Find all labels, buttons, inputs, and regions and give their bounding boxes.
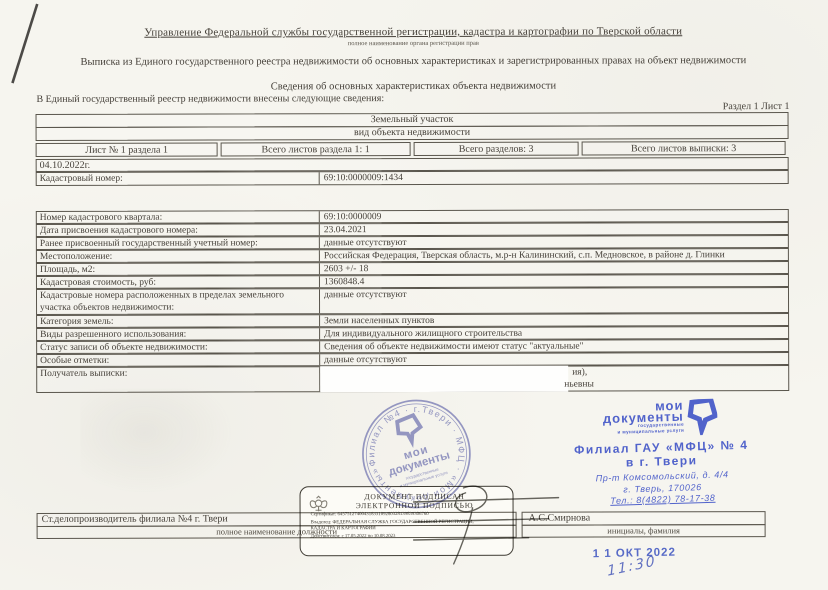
details-table: Номер кадастрового квартала: 69:10:00000… [36,209,789,393]
row-label: Виды разрешенного использования: [37,328,320,340]
row-label: Кадастровая стоимость, руб: [37,276,320,288]
handwritten-signature [408,478,578,573]
document-title: Выписка из Единого государственного реес… [53,55,773,69]
row-value: Для индивидуального жилищного строительс… [320,327,788,339]
row-label: Площадь, м2: [37,263,320,275]
sheet-reference: Раздел 1 Лист 1 [723,101,790,112]
sheet-info-cell: Всего листов выписки: 3 [582,141,786,156]
row-label: Ранее присвоенный государственный учетны… [37,237,320,249]
org-title-caption: полное наименование органа регистрации п… [0,39,827,48]
row-value: Сведения об объекте недвижимости имеют с… [320,340,788,352]
org-title: Управление Федеральной службы государств… [0,25,827,39]
recipient-fragment: ньевны [564,379,594,391]
row-label: Статус записи об объекте недвижимости: [37,341,320,353]
row-label: Категория земель: [37,315,320,327]
row-label: Кадастровые номера расположенных в преде… [37,289,320,314]
cadastral-number-row: Кадастровый номер: 69:10:0000009:1434 [36,170,789,186]
row-value-redacted: ия), ньевны [320,366,788,391]
row-label: Номер кадастрового квартала: [37,211,320,223]
mfc-logo-caption2: и муниципальные услуги [603,427,684,435]
row-value: 69:10:0000009 [320,210,788,222]
my-documents-logo-icon [395,414,424,444]
row-value: Российская Федерация, Тверская область, … [320,249,788,261]
object-type-caption-cell: вид объекта недвижимости [36,125,789,141]
sheet-info-cell: Лист № 1 раздела 1 [36,143,218,157]
row-label: Местоположение: [37,250,320,262]
row-value: Земли населенных пунктов [320,314,788,326]
sheet-info-row: Лист № 1 раздела 1 Всего листов раздела … [36,141,789,157]
row-value: 2603 +/- 18 [320,262,788,274]
row-value: 23.04.2021 [320,223,788,235]
scanned-document-page: Управление Федеральной службы государств… [0,0,828,590]
row-label: Особые отметки: [37,354,320,366]
sheet-info-cell: Всего листов раздела 1: 1 [221,142,411,156]
cadastral-number-label: Кадастровый номер: [37,172,320,185]
row-value: 1360848.4 [320,275,788,287]
scan-artifact-line [0,1,59,96]
row-label: Получатель выписки: [37,367,320,392]
my-documents-logo-icon [687,399,718,436]
coat-of-arms-icon [308,493,330,515]
row-value: данные отсутствуют [320,353,788,365]
row-value: данные отсутствуют [320,288,788,313]
mfc-branch-stamp: мои документы государственные и муниципа… [571,398,752,509]
table-row: Кадастровые номера расположенных в преде… [36,287,789,315]
bleed-through-ghost [80,388,240,498]
row-value: данные отсутствуют [320,236,788,248]
row-label: Дата присвоения кадастрового номера: [37,224,320,236]
section-title: Сведения об основных характеристиках объ… [0,80,827,93]
recipient-fragment: ия), [572,367,587,379]
cadastral-number-value: 69:10:0000009:1434 [320,171,788,184]
intro-line: В Единый государственный реестр недвижим… [36,93,384,106]
sheet-info-cell: Всего разделов: 3 [414,142,579,156]
